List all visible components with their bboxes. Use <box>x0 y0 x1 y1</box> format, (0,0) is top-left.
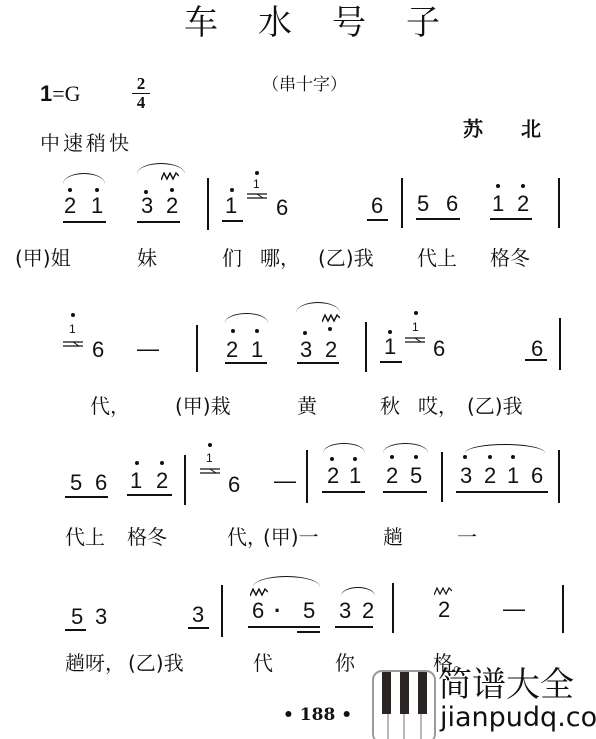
lyric: 代， <box>227 527 267 547</box>
note: 6 <box>446 193 458 215</box>
barline <box>221 585 223 637</box>
grace-note: 1 <box>253 178 260 190</box>
mordent-icon <box>250 588 268 597</box>
high-octave-dot <box>71 313 75 317</box>
note: 6 <box>92 339 104 361</box>
region-label: 苏北 <box>463 119 579 139</box>
barline <box>558 178 560 228</box>
time-signature-denominator: 4 <box>132 95 150 111</box>
mordent-icon <box>434 587 452 596</box>
piano-keys-icon <box>372 670 436 739</box>
eighth-underline <box>297 362 339 364</box>
lyric: (乙)我 <box>128 653 184 673</box>
grace-mark-icon <box>63 340 83 348</box>
lyric: 秋 <box>380 396 400 416</box>
barline <box>207 178 209 230</box>
high-octave-dot <box>353 457 357 461</box>
lyric: 趟呀， <box>65 653 125 673</box>
note: 3 <box>339 600 351 622</box>
slur <box>225 313 268 323</box>
barline <box>184 455 186 505</box>
note: 3 <box>460 465 472 487</box>
note: 2 <box>327 465 339 487</box>
lyric: (甲)栽 <box>175 396 231 416</box>
note: 2 <box>226 339 238 361</box>
slur <box>253 576 320 587</box>
high-octave-dot <box>488 455 492 459</box>
lyric: 格冬 <box>490 248 530 268</box>
lyric: 哪， <box>260 248 300 268</box>
lyric: 格冬 <box>127 527 167 547</box>
eighth-underline <box>65 496 108 498</box>
extension-dash: — <box>503 598 525 620</box>
watermark-name: 简谱大全 <box>438 668 574 702</box>
eighth-underline <box>525 359 547 361</box>
note: 5 <box>417 193 429 215</box>
grace-note: 1 <box>69 323 76 335</box>
eighth-underline <box>222 220 243 222</box>
grace-mark-icon <box>247 192 267 200</box>
high-octave-dot <box>511 455 515 459</box>
barline <box>392 583 394 633</box>
lyric: 趟 <box>383 527 403 547</box>
barline <box>559 318 561 370</box>
note: 1 <box>384 336 396 358</box>
high-octave-dot <box>414 311 418 315</box>
barline <box>562 585 564 633</box>
lyric: 代上 <box>65 527 105 547</box>
note: 2 <box>64 195 76 217</box>
note: 2 <box>325 339 337 361</box>
note: 6 <box>228 474 240 496</box>
lyric: 你 <box>335 653 355 673</box>
tempo-marking: 中速稍快 <box>40 133 132 153</box>
eighth-underline <box>225 362 267 364</box>
eighth-underline <box>65 629 86 631</box>
high-octave-dot <box>521 184 525 188</box>
eighth-underline <box>490 218 532 220</box>
extension-dash: — <box>274 470 296 492</box>
note: 1 <box>225 195 237 217</box>
watermark-url: jianpudq.com <box>440 704 596 731</box>
slur <box>383 443 428 453</box>
barline <box>306 450 308 503</box>
page-number: • 188 • <box>283 707 352 724</box>
eighth-underline <box>416 218 460 220</box>
eighth-underline <box>322 491 365 493</box>
note: 6 <box>95 472 107 494</box>
lyric: (乙)我 <box>318 248 374 268</box>
high-octave-dot <box>463 455 467 459</box>
lyric: (甲)姐 <box>15 248 71 268</box>
note: 2 <box>517 193 529 215</box>
barline <box>196 325 198 372</box>
eighth-underline <box>367 219 388 221</box>
high-octave-dot <box>496 184 500 188</box>
note: 5 <box>70 472 82 494</box>
mordent-icon <box>322 314 340 323</box>
time-signature: 2 4 <box>132 76 150 111</box>
note: 3 <box>141 195 153 217</box>
note: 6 <box>531 465 543 487</box>
slur <box>341 587 375 596</box>
eighth-underline <box>188 627 209 629</box>
note: 6 <box>433 338 445 360</box>
note: 5 <box>303 600 315 622</box>
grace-mark-icon <box>405 336 425 344</box>
note: 3 <box>192 604 204 626</box>
song-title: 车水号子 <box>184 6 480 40</box>
high-octave-dot <box>160 461 164 465</box>
grace-note: 1 <box>206 452 213 464</box>
key-signature: 1=G <box>40 83 81 105</box>
time-signature-numerator: 2 <box>132 76 150 92</box>
note: 1 <box>251 339 263 361</box>
note: 6 <box>276 197 288 219</box>
augmentation-dot: · <box>274 600 281 622</box>
note: 5 <box>71 606 83 628</box>
high-octave-dot <box>231 329 235 333</box>
note: 2 <box>156 470 168 492</box>
lyric: (乙)我 <box>467 396 523 416</box>
slur <box>323 443 365 453</box>
lyric: 黄 <box>297 396 317 416</box>
song-subtitle: （串十字） <box>262 77 347 94</box>
eighth-underline <box>383 491 427 493</box>
lyric: 们 <box>222 248 242 268</box>
key-tonic-number: 1 <box>40 81 52 106</box>
high-octave-dot <box>255 329 259 333</box>
lyric: 一 <box>457 527 477 547</box>
note: 2 <box>386 465 398 487</box>
note: 1 <box>130 470 142 492</box>
note: 3 <box>300 339 312 361</box>
note: 3 <box>95 606 107 628</box>
high-octave-dot <box>303 331 307 335</box>
note: 2 <box>438 599 450 621</box>
high-octave-dot <box>330 457 334 461</box>
eighth-underline <box>335 626 373 628</box>
lyric: 代， <box>90 396 130 416</box>
note: 2 <box>166 195 178 217</box>
grace-note: 1 <box>412 321 419 333</box>
high-octave-dot <box>68 188 72 192</box>
mordent-icon <box>161 172 179 181</box>
note: 5 <box>410 465 422 487</box>
note: 1 <box>349 465 361 487</box>
high-octave-dot <box>208 443 212 447</box>
barline <box>401 178 403 228</box>
high-octave-dot <box>135 461 139 465</box>
high-octave-dot <box>390 455 394 459</box>
high-octave-dot <box>95 188 99 192</box>
note: 1 <box>492 193 504 215</box>
eighth-underline <box>380 361 402 363</box>
barline <box>558 450 560 503</box>
note: 1 <box>507 465 519 487</box>
key-pitch: =G <box>52 81 80 106</box>
lyric: 哎， <box>418 396 458 416</box>
eighth-underline <box>127 494 172 496</box>
lyric: 代 <box>253 653 273 673</box>
note: 2 <box>484 465 496 487</box>
note: 6 <box>531 338 543 360</box>
lyric: 妹 <box>137 248 157 268</box>
lyric: 代上 <box>417 248 457 268</box>
eighth-underline <box>456 491 548 493</box>
sixteenth-underline <box>297 631 320 633</box>
extension-dash: — <box>137 338 159 360</box>
high-octave-dot <box>328 327 332 331</box>
eighth-underline <box>63 221 106 223</box>
note: 1 <box>91 195 103 217</box>
barline <box>365 322 367 372</box>
grace-mark-icon <box>200 467 220 475</box>
barline <box>441 452 443 502</box>
high-octave-dot <box>170 188 174 192</box>
high-octave-dot <box>414 455 418 459</box>
note: 6 <box>252 600 264 622</box>
slur <box>296 302 340 313</box>
slur <box>465 444 545 453</box>
eighth-underline <box>137 221 180 223</box>
high-octave-dot <box>230 188 234 192</box>
lyric: (甲)一 <box>263 527 319 547</box>
note: 6 <box>371 195 383 217</box>
slur <box>63 173 105 184</box>
high-octave-dot <box>255 171 259 175</box>
note: 2 <box>362 600 374 622</box>
eighth-underline <box>248 626 320 628</box>
